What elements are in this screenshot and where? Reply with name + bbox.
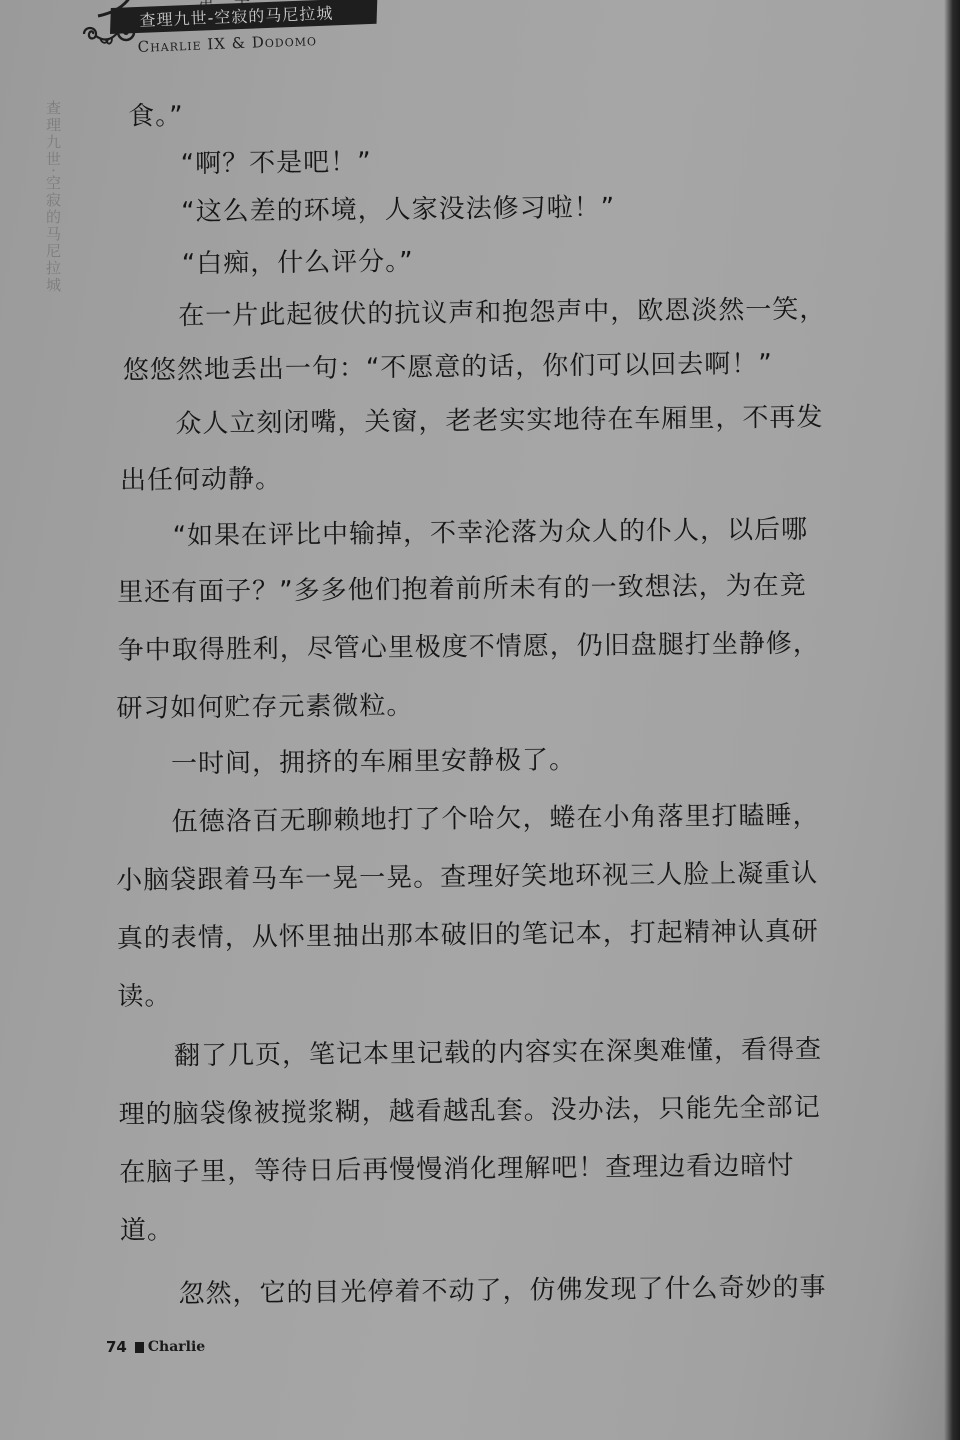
text-line: 出任何动静。 <box>120 458 282 497</box>
running-header: 第二十… 查理九世-空寂的马尼拉城 Charlie IX & Dodomo <box>80 0 370 70</box>
text-line: 争中取得胜利，尽管心里极度不情愿，仍旧盘腿打坐静修， <box>118 623 820 667</box>
text-line: 在脑子里，等待日后再慢慢消化理解吧！查理边看边暗忖 <box>119 1145 794 1189</box>
text-line: 一时间，拥挤的车厢里安静极了。 <box>171 739 576 780</box>
text-line: 忽然，它的目光停着不动了，仿佛发现了什么奇妙的事 <box>178 1267 826 1311</box>
text-line: 真的表情，从怀里抽出那本破旧的笔记本，打起精神认真研 <box>117 911 819 955</box>
text-line: 众人立刻闭嘴，关窗，老老实实地待在车厢里，不再发 <box>175 397 823 441</box>
book-gutter-shadow <box>944 0 960 1440</box>
text-line: 里还有面子？”多多他们抱着前所未有的一致想法，为在竞 <box>117 565 807 609</box>
text-line: 在一片此起彼伏的抗议声和抱怨声中，欧恩淡然一笑， <box>178 288 826 332</box>
footer-brand: Charlie <box>148 1339 205 1355</box>
text-line: 食。” <box>128 95 184 133</box>
text-line: “啊？不是吧！” <box>180 141 371 180</box>
text-line: “白痴，什么评分。” <box>182 241 414 280</box>
text-line: 小脑袋跟着马车一晃一晃。查理好笑地环视三人脸上凝重认 <box>116 853 818 897</box>
square-mark-icon <box>135 1342 144 1353</box>
side-running-title: 查理九世·空寂的马尼拉城 <box>44 100 64 294</box>
text-line: 翻了几页，笔记本里记载的内容实在深奥难懂，看得查 <box>174 1029 822 1073</box>
text-line: “如果在评比中输掉，不幸沦落为众人的仆人，以后哪 <box>172 509 808 553</box>
text-line: 理的脑袋像被搅浆糊，越看越乱套。没办法，只能先全部记 <box>118 1087 820 1131</box>
header-subtitle: Charlie IX & Dodomo <box>137 31 317 56</box>
text-line: 读。 <box>117 975 171 1013</box>
page-number: 74 <box>106 1338 127 1356</box>
body-text: 食。”“啊？不是吧！”“这么差的环境，人家没法修习啦！”“白痴，什么评分。”在一… <box>108 88 908 96</box>
scroll-ornament-icon <box>80 20 140 48</box>
text-line: “这么差的环境，人家没法修习啦！” <box>181 187 615 229</box>
text-line: 道。 <box>120 1209 174 1247</box>
book-page: 第二十… 查理九世-空寂的马尼拉城 Charlie IX & Dodomo 查理… <box>0 0 960 1440</box>
text-line: 研习如何贮存元素微粒。 <box>116 685 413 725</box>
text-line: 伍德洛百无聊赖地打了个哈欠，蜷在小角落里打瞌睡， <box>171 795 819 839</box>
page-footer: 74 Charlie <box>106 1338 205 1356</box>
text-line: 悠悠然地丢出一句：“不愿意的话，你们可以回去啊！” <box>123 343 773 387</box>
